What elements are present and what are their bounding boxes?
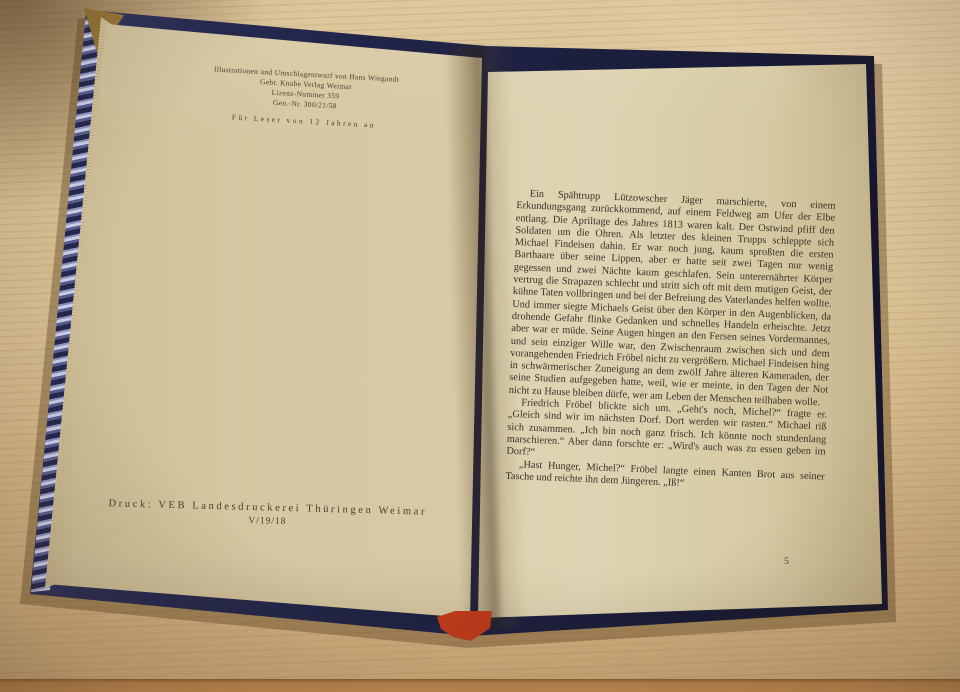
story-paragraph: Ein Spähtrupp Lützowscher Jäger marschie… (509, 188, 836, 410)
book-photo: Illustrationen und Umschlagentwurf von H… (0, 0, 960, 692)
imprint-block: Illustrationen und Umschlagentwurf von H… (203, 64, 408, 132)
wood-plank-edge (0, 679, 960, 692)
page-number: 5 (784, 556, 789, 567)
story-text: Ein Spähtrupp Lützowscher Jäger marschie… (505, 188, 836, 496)
